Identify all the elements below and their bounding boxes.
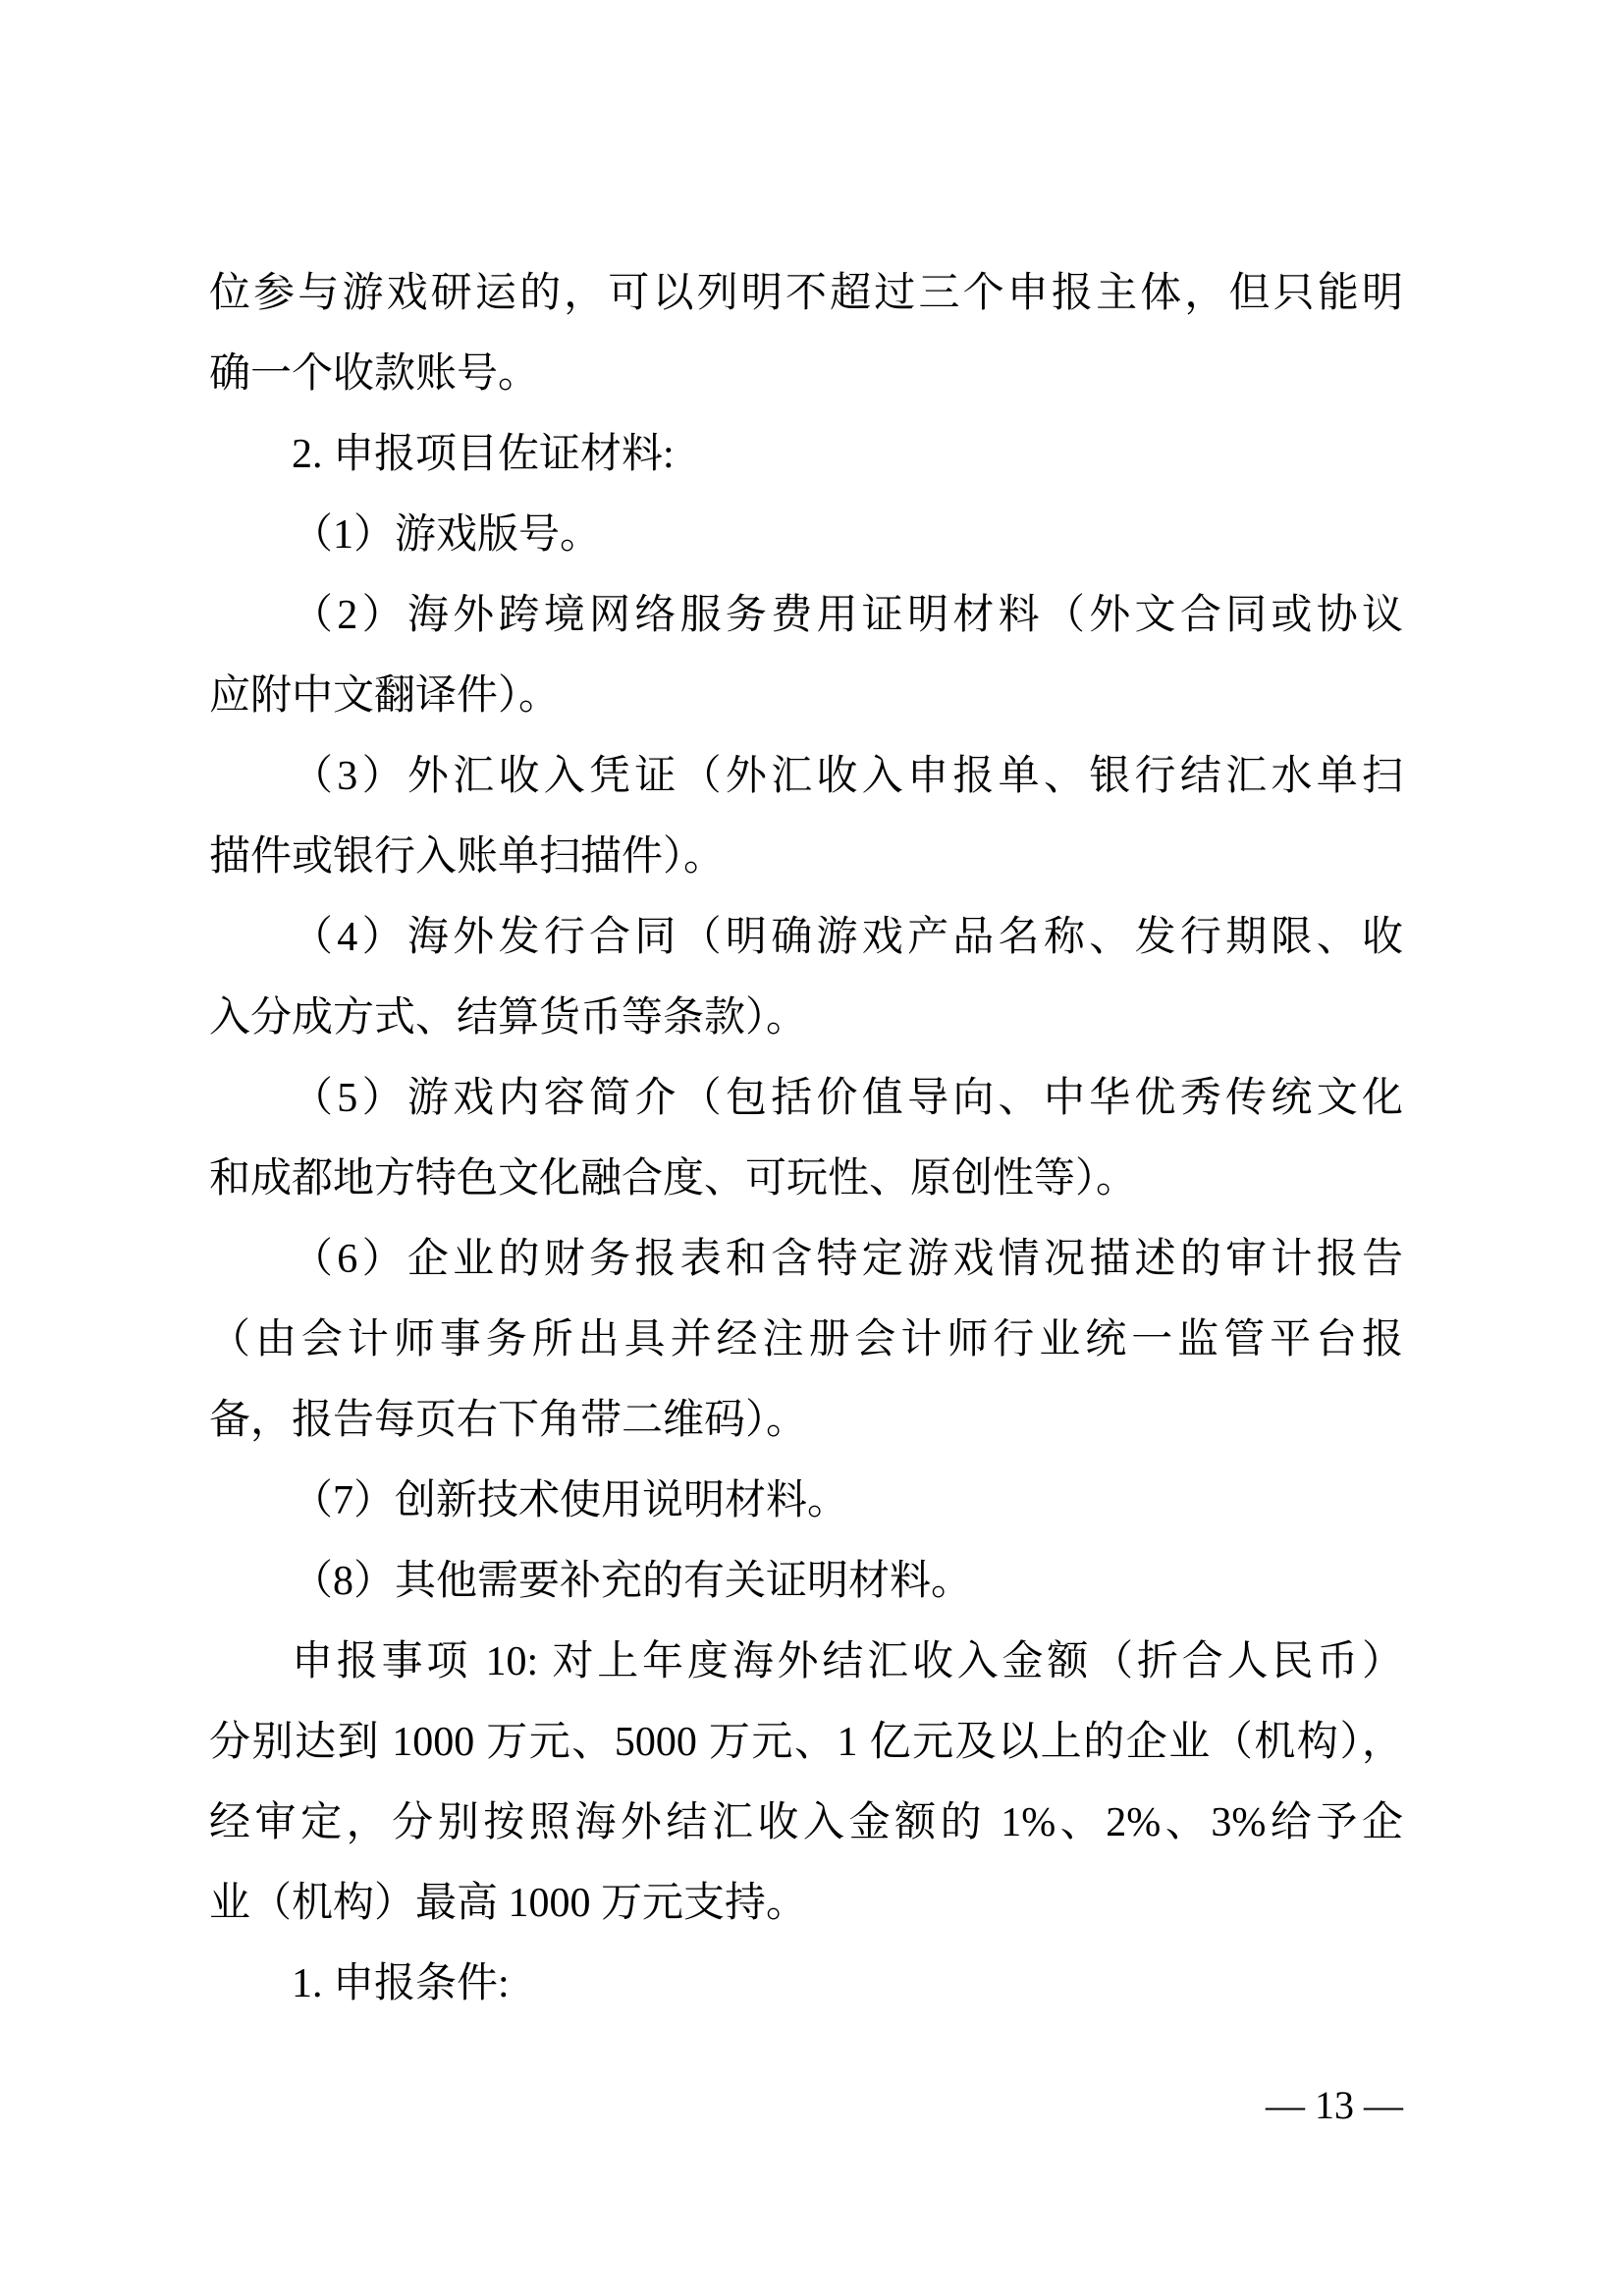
text-line: 备，报告每页右下角带二维码）。 xyxy=(209,1380,1403,1461)
text-line: 分别达到 1000 万元、5000 万元、1 亿元及以上的企业（机构）， xyxy=(209,1702,1403,1783)
text-line: 位参与游戏研运的，可以列明不超过三个申报主体，但只能明 xyxy=(209,253,1403,334)
text-line: 2. 申报项目佐证材料: xyxy=(209,414,1403,495)
text-line: （由会计师事务所出具并经注册会计师行业统一监管平台报 xyxy=(209,1300,1403,1380)
text-line: 应附中文翻译件）。 xyxy=(209,656,1403,736)
document-page: 位参与游戏研运的，可以列明不超过三个申报主体，但只能明确一个收款账号。2. 申报… xyxy=(0,0,1624,2296)
text-line: （4）海外发行合同（明确游戏产品名称、发行期限、收 xyxy=(209,897,1403,978)
text-line: 入分成方式、结算货币等条款）。 xyxy=(209,978,1403,1058)
text-line: （2）海外跨境网络服务费用证明材料（外文合同或协议 xyxy=(209,575,1403,656)
text-line: （6）企业的财务报表和含特定游戏情况描述的审计报告 xyxy=(209,1219,1403,1300)
text-line: 确一个收款账号。 xyxy=(209,334,1403,414)
text-line: （1）游戏版号。 xyxy=(209,495,1403,575)
text-line: （3）外汇收入凭证（外汇收入申报单、银行结汇水单扫 xyxy=(209,736,1403,817)
text-line: （5）游戏内容简介（包括价值导向、中华优秀传统文化 xyxy=(209,1058,1403,1139)
text-line: 申报事项 10: 对上年度海外结汇收入金额（折合人民币） xyxy=(209,1622,1403,1702)
text-line: 1. 申报条件: xyxy=(209,1944,1403,2024)
text-line: 业（机构）最高 1000 万元支持。 xyxy=(209,1863,1403,1944)
text-line: 和成都地方特色文化融合度、可玩性、原创性等）。 xyxy=(209,1139,1403,1219)
document-body: 位参与游戏研运的，可以列明不超过三个申报主体，但只能明确一个收款账号。2. 申报… xyxy=(209,253,1403,2024)
page-number: — 13 — xyxy=(1266,2081,1403,2130)
text-line: 经审定，分别按照海外结汇收入金额的 1%、2%、3%给予企 xyxy=(209,1783,1403,1863)
text-line: 描件或银行入账单扫描件）。 xyxy=(209,817,1403,897)
text-line: （8）其他需要补充的有关证明材料。 xyxy=(209,1541,1403,1622)
text-line: （7）创新技术使用说明材料。 xyxy=(209,1461,1403,1541)
